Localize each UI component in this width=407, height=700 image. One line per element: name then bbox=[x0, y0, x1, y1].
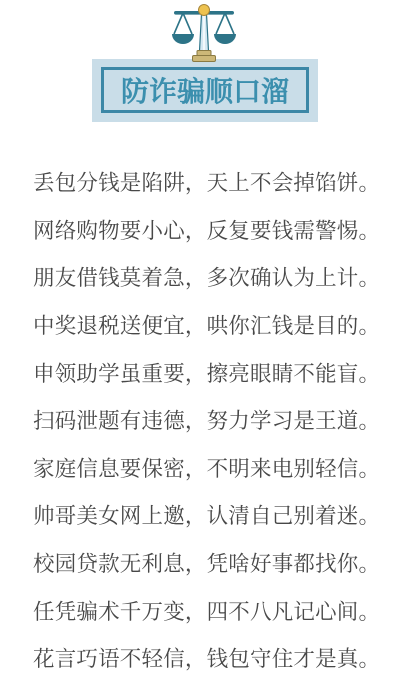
poem-body: 丢包分钱是陷阱，天上不会掉馅饼。 网络购物要小心，反复要钱需警惕。 朋友借钱莫着… bbox=[33, 158, 397, 682]
poem-line-7: 家庭信息要保密，不明来电别轻信。 bbox=[33, 444, 397, 492]
page-title: 防诈骗顺口溜 bbox=[121, 70, 289, 110]
scale-right-pan bbox=[214, 34, 236, 44]
anti-fraud-poster: 防诈骗顺口溜 丢包分钱是陷阱，天上不会掉馅饼。 网络购物要小心，反复要钱需警惕。… bbox=[0, 0, 407, 700]
scale-base-upper bbox=[197, 51, 211, 56]
balance-scale-graphic bbox=[171, 1, 237, 63]
scale-left-pan bbox=[172, 34, 194, 44]
poem-line-4: 中奖退税送便宜，哄你汇钱是目的。 bbox=[33, 301, 397, 349]
poem-line-6: 扫码泄题有违德，努力学习是王道。 bbox=[33, 396, 397, 444]
scale-base-lower bbox=[192, 56, 215, 62]
poem-line-3: 朋友借钱莫着急，多次确认为上计。 bbox=[33, 253, 397, 301]
title-border: 防诈骗顺口溜 bbox=[101, 67, 309, 113]
poem-line-11: 花言巧语不轻信，钱包守住才是真。 bbox=[33, 634, 397, 682]
poem-line-9: 校园贷款无利息，凭啥好事都找你。 bbox=[33, 539, 397, 587]
poem-line-10: 任凭骗术千万变，四不八凡记心间。 bbox=[33, 586, 397, 634]
poem-line-8: 帅哥美女网上邀，认清自己别着迷。 bbox=[33, 491, 397, 539]
scale-right-strings bbox=[216, 13, 234, 34]
scale-knob bbox=[198, 5, 209, 16]
title-box: 防诈骗顺口溜 bbox=[92, 59, 318, 122]
scale-left-strings bbox=[174, 13, 192, 34]
poem-line-1: 丢包分钱是陷阱，天上不会掉馅饼。 bbox=[33, 158, 397, 206]
poem-line-2: 网络购物要小心，反复要钱需警惕。 bbox=[33, 206, 397, 254]
balance-scale-icon bbox=[171, 1, 237, 63]
poem-line-5: 申领助学虽重要，擦亮眼睛不能盲。 bbox=[33, 348, 397, 396]
